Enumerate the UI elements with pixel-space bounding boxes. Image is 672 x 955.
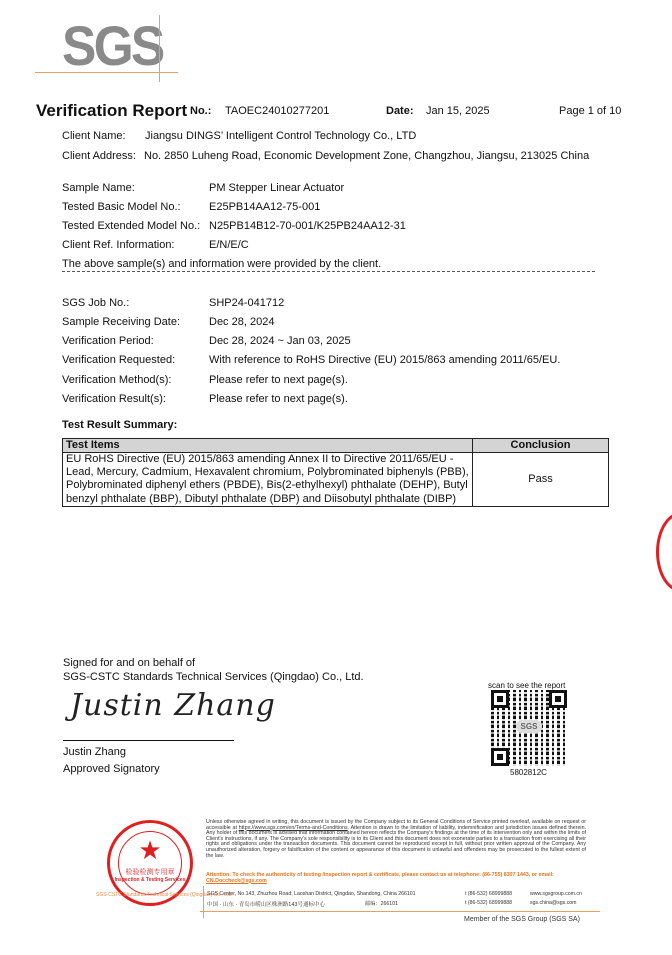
authenticity-notice: Attention: To check the authenticity of …	[206, 873, 596, 884]
sample-field-label: Sample Name:	[62, 182, 135, 194]
seal-english-text: Inspection & Testing Services	[110, 877, 190, 883]
member-of-group: Member of the SGS Group (SGS SA)	[464, 916, 580, 923]
sample-field-value: E/N/E/C	[209, 239, 249, 251]
telephone-1: t (86-532) 68999888	[465, 891, 512, 897]
disclaimer-text: . Attention is drawn to the limitation o…	[206, 825, 586, 859]
report-date: Jan 15, 2025	[426, 105, 490, 117]
test-result-table: Test Items Conclusion EU RoHS Directive …	[62, 438, 609, 507]
telephone-2: t (86-532) 68999888	[465, 900, 512, 906]
signer-name: Justin Zhang	[63, 746, 126, 758]
sample-field-label: Tested Extended Model No.:	[62, 220, 200, 232]
client-name-value: Jiangsu DINGS’ Intelligent Control Techn…	[145, 130, 416, 142]
qr-caption: scan to see the report	[488, 681, 565, 690]
report-date-label: Date:	[386, 105, 414, 117]
qr-code-id: 5802812C	[510, 768, 547, 777]
address-english: SGS Center, No.143, Zhuzhou Road, Laosha…	[207, 891, 416, 897]
qr-finder-icon	[491, 748, 509, 766]
job-field-value: SHP24-041712	[209, 297, 284, 309]
client-address-value: No. 2850 Luheng Road, Economic Developme…	[144, 150, 589, 162]
job-field-label: Sample Receiving Date:	[62, 316, 180, 328]
qr-center-logo: SGS	[516, 720, 542, 733]
sample-field-value: PM Stepper Linear Actuator	[209, 182, 344, 194]
sgs-logo: SGS	[62, 18, 163, 74]
signing-company: SGS-CSTC Standards Technical Services (Q…	[63, 671, 364, 683]
sample-field-label: Tested Basic Model No.:	[62, 201, 181, 213]
sample-field-value: E25PB14AA12-75-001	[209, 201, 320, 213]
job-field-label: Verification Period:	[62, 335, 154, 347]
sample-note: The above sample(s) and information were…	[62, 258, 381, 270]
job-field-value: Please refer to next page(s).	[209, 374, 348, 386]
job-field-label: Verification Requested:	[62, 354, 175, 366]
handwritten-signature: Justin Zhang	[70, 688, 276, 723]
signature-line	[63, 740, 234, 741]
job-field-value: Dec 28, 2024	[209, 316, 274, 328]
qr-finder-icon	[491, 690, 509, 708]
logo-horizontal-rule	[35, 72, 178, 73]
job-field-value: Dec 28, 2024 ~ Jan 03, 2025	[209, 335, 351, 347]
signed-on-behalf-label: Signed for and on behalf of	[63, 657, 195, 669]
footer-horizontal-rule	[200, 911, 600, 912]
logo-vertical-rule	[159, 15, 160, 82]
column-header-conclusion: Conclusion	[473, 439, 609, 453]
sample-field-label: Client Ref. Information:	[62, 239, 175, 251]
sample-field-value: N25PB14B12-70-001/K25PB24AA12-31	[209, 220, 406, 232]
job-field-value: Please refer to next page(s).	[209, 393, 348, 405]
test-item-cell: EU RoHS Directive (EU) 2015/863 amending…	[63, 453, 473, 507]
table-header-row: Test Items Conclusion	[63, 439, 609, 453]
page-indicator: Page 1 of 10	[559, 105, 621, 117]
postcode: 邮编：266101	[365, 900, 398, 907]
job-field-label: SGS Job No.:	[62, 297, 129, 309]
partial-seal-stamp	[656, 512, 672, 592]
job-field-value: With reference to RoHS Directive (EU) 20…	[209, 354, 560, 366]
table-row: EU RoHS Directive (EU) 2015/863 amending…	[63, 453, 609, 507]
report-number-label: No.:	[190, 105, 211, 117]
legal-disclaimer: Unless otherwise agreed in writing, this…	[206, 820, 586, 859]
email-link[interactable]: sgs.china@sgs.com	[530, 900, 577, 906]
summary-title: Test Result Summary:	[62, 419, 177, 431]
website-link[interactable]: www.sgsgroup.com.cn	[530, 891, 582, 897]
job-field-label: Verification Result(s):	[62, 393, 166, 405]
client-address-label: Client Address:	[62, 150, 136, 162]
dashed-divider	[62, 271, 595, 272]
star-icon: ★	[110, 837, 190, 863]
seal-chinese-text: 检验检测专用章	[110, 867, 190, 877]
report-number: TAOEC24010277201	[225, 105, 329, 117]
client-name-label: Client Name:	[62, 130, 126, 142]
footer-vertical-rule	[203, 886, 204, 918]
conclusion-cell: Pass	[473, 453, 609, 507]
report-title: Verification Report	[36, 101, 187, 121]
doccheck-email-link[interactable]: CN.Doccheck@sgs.com	[206, 878, 267, 884]
signer-role: Approved Signatory	[63, 763, 160, 775]
job-field-label: Verification Method(s):	[62, 374, 171, 386]
column-header-test-items: Test Items	[63, 439, 473, 453]
address-chinese: 中国 · 山东 · 青岛市崂山区株洲路143号通标中心	[207, 900, 325, 908]
qr-finder-icon	[549, 690, 567, 708]
